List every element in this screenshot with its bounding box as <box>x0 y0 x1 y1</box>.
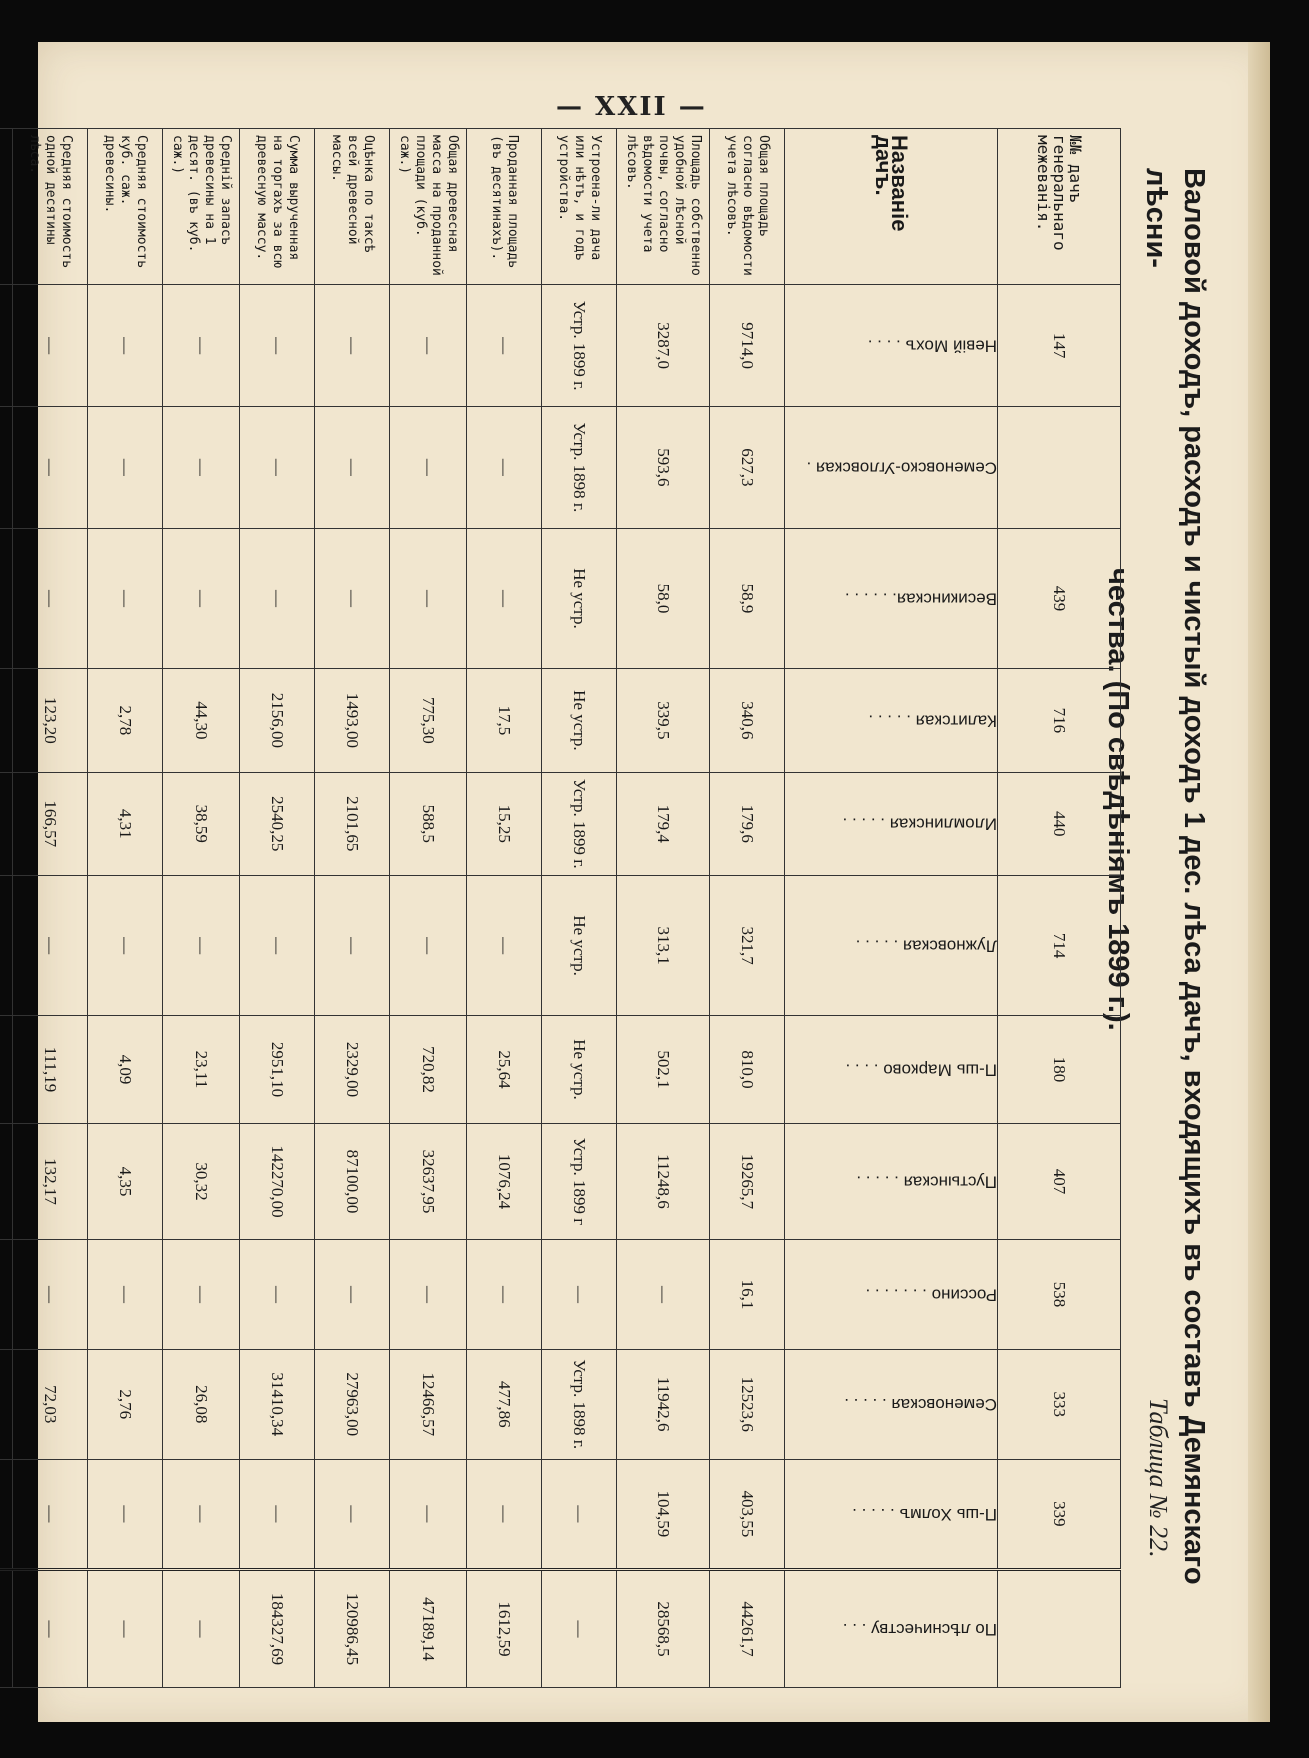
row-cell-avg-cost-cub: 2,78 <box>88 669 163 772</box>
row-cell-sold-area: — <box>467 406 542 528</box>
row-cell-avg-cost-des: — <box>13 285 88 407</box>
row-cell-sold-area: 477,86 <box>467 1349 542 1459</box>
header-tax-value: Оцѣнка по таксѣ всей древесной массы. <box>315 129 390 285</box>
row-cell-no: 716 <box>998 669 1121 772</box>
row-cell-auction-sum: 2540,25 <box>240 772 315 875</box>
rotated-table-region: Валовой доходъ, расходъ и чистый доходъ … <box>113 128 1213 1688</box>
row-cell-avg-cost-des: 72,03 <box>13 1349 88 1459</box>
row-cell-forest-area: — <box>617 1240 710 1349</box>
row-cell-total-area: 340,6 <box>710 669 785 772</box>
field-row-auction-sum: Сумма вырученная на торгахъ за всю древе… <box>240 129 315 1688</box>
total-cell-rotation: — <box>0 1569 13 1687</box>
row-cell-sold-area: 25,64 <box>467 1016 542 1123</box>
row-cell-rotation: — <box>0 1459 13 1569</box>
row-cell-no: 440 <box>998 772 1121 875</box>
total-cell-name: По лѣсничеству . . . <box>785 1569 998 1687</box>
forestry-income-table: №№ дачъ генеральнаго межеванія.147439716… <box>0 128 1121 1688</box>
row-cell-tax-value: — <box>315 1240 390 1349</box>
row-cell-arranged: Устр. 1899 г. <box>542 772 617 875</box>
field-row-name: Названіе дачъ.Невій Мохъ . . . .Семеновс… <box>785 129 998 1688</box>
row-cell-avg-stock: — <box>163 528 240 669</box>
header-avg-cost-des: Средняя стоимость одной десятины лѣса. <box>13 129 88 285</box>
row-cell-wood-mass: 720,82 <box>390 1016 467 1123</box>
row-cell-tax-value: — <box>315 875 390 1016</box>
row-cell-arranged: Не устр. <box>542 669 617 772</box>
row-cell-avg-cost-des: 132,17 <box>13 1123 88 1240</box>
row-cell-name: П-шь Марково . . . . <box>785 1016 998 1123</box>
row-cell-auction-sum: 31410,34 <box>240 1349 315 1459</box>
row-cell-sold-area: — <box>467 1459 542 1569</box>
row-cell-total-area: 321,7 <box>710 875 785 1016</box>
field-row-avg-cost-cub: Средняя стоимость куб. саж. древесины.——… <box>88 129 163 1688</box>
row-cell-rotation: — <box>0 1240 13 1349</box>
row-cell-avg-cost-des: — <box>13 1240 88 1349</box>
row-cell-forest-area: 104,59 <box>617 1459 710 1569</box>
header-avg-stock: Средній запасъ древесины на 1 десят. (въ… <box>163 129 240 285</box>
row-cell-forest-area: 11248,6 <box>617 1123 710 1240</box>
row-cell-auction-sum: — <box>240 1459 315 1569</box>
row-cell-avg-cost-cub: — <box>88 875 163 1016</box>
row-cell-auction-sum: — <box>240 875 315 1016</box>
row-cell-avg-cost-cub: 2,76 <box>88 1349 163 1459</box>
row-cell-wood-mass: 32637,95 <box>390 1123 467 1240</box>
row-cell-total-area: 627,3 <box>710 406 785 528</box>
row-cell-total-area: 16,1 <box>710 1240 785 1349</box>
row-cell-arranged: Не устр. <box>542 875 617 1016</box>
row-cell-avg-cost-cub: 4,35 <box>88 1123 163 1240</box>
row-cell-name: П-шь Холмъ . . . . . <box>785 1459 998 1569</box>
header-rotation: Оборотъ рубки. <box>0 129 13 285</box>
total-cell-avg-stock: — <box>163 1569 240 1687</box>
row-cell-tax-value: — <box>315 285 390 407</box>
document-page: — XXII — Валовой доходъ, расходъ и чисты… <box>38 42 1270 1722</box>
row-cell-wood-mass: 12466,57 <box>390 1349 467 1459</box>
row-cell-forest-area: 11942,6 <box>617 1349 710 1459</box>
row-cell-forest-area: 339,5 <box>617 669 710 772</box>
field-row-tax-value: Оцѣнка по таксѣ всей древесной массы.———… <box>315 129 390 1688</box>
row-cell-avg-cost-cub: — <box>88 1459 163 1569</box>
row-cell-rotation: 80 <box>0 1349 13 1459</box>
row-cell-avg-cost-des: — <box>13 1459 88 1569</box>
field-row-total-area: Общая площадь согласно вѣдомости учета л… <box>710 129 785 1688</box>
row-cell-no: 339 <box>998 1459 1121 1569</box>
row-cell-rotation: 120 <box>0 1123 13 1240</box>
row-cell-arranged: — <box>542 1240 617 1349</box>
row-cell-total-area: 58,9 <box>710 528 785 669</box>
total-cell-auction-sum: 184327,69 <box>240 1569 315 1687</box>
row-cell-name: Россино . . . . . . . <box>785 1240 998 1349</box>
row-cell-wood-mass: — <box>390 1459 467 1569</box>
row-cell-avg-stock: 23,11 <box>163 1016 240 1123</box>
row-cell-tax-value: 27963,00 <box>315 1349 390 1459</box>
row-cell-avg-stock: — <box>163 1459 240 1569</box>
row-cell-rotation: 120 <box>0 772 13 875</box>
total-cell-total-area: 44261,7 <box>710 1569 785 1687</box>
row-cell-sold-area: 1076,24 <box>467 1123 542 1240</box>
row-cell-sold-area: — <box>467 285 542 407</box>
row-cell-wood-mass: — <box>390 406 467 528</box>
row-cell-forest-area: 502,1 <box>617 1016 710 1123</box>
row-cell-wood-mass: — <box>390 285 467 407</box>
row-cell-forest-area: 58,0 <box>617 528 710 669</box>
row-cell-name: Калитская . . . . . <box>785 669 998 772</box>
row-cell-arranged: Устр. 1899 г. <box>542 285 617 407</box>
header-arranged: Устроена-ли дача или нѣтъ, и годъ устрой… <box>542 129 617 285</box>
row-cell-arranged: Устр. 1898 г. <box>542 1349 617 1459</box>
row-cell-arranged: Не устр. <box>542 1016 617 1123</box>
row-cell-total-area: 9714,0 <box>710 285 785 407</box>
row-cell-total-area: 19265,7 <box>710 1123 785 1240</box>
row-cell-avg-cost-des: — <box>13 406 88 528</box>
row-cell-tax-value: — <box>315 406 390 528</box>
row-cell-forest-area: 179,4 <box>617 772 710 875</box>
total-cell-forest-area: 28568,5 <box>617 1569 710 1687</box>
row-cell-sold-area: — <box>467 875 542 1016</box>
row-cell-sold-area: 17,5 <box>467 669 542 772</box>
row-cell-tax-value: 87100,00 <box>315 1123 390 1240</box>
field-row-no: №№ дачъ генеральнаго межеванія.147439716… <box>998 129 1121 1688</box>
row-cell-arranged: Устр. 1899 г <box>542 1123 617 1240</box>
row-cell-name: Иломлинская . . . . . <box>785 772 998 875</box>
field-row-avg-stock: Средній запасъ древесины на 1 десят. (въ… <box>163 129 240 1688</box>
row-cell-forest-area: 3287,0 <box>617 285 710 407</box>
row-cell-tax-value: — <box>315 528 390 669</box>
row-cell-tax-value: 2101,65 <box>315 772 390 875</box>
header-total-area: Общая площадь согласно вѣдомости учета л… <box>710 129 785 285</box>
total-cell-no <box>998 1569 1121 1687</box>
header-name: Названіе дачъ. <box>785 129 998 285</box>
row-cell-forest-area: 313,1 <box>617 875 710 1016</box>
row-cell-wood-mass: 775,30 <box>390 669 467 772</box>
row-cell-sold-area: — <box>467 528 542 669</box>
row-cell-auction-sum: — <box>240 285 315 407</box>
row-cell-wood-mass: 588,5 <box>390 772 467 875</box>
total-cell-sold-area: 1612,59 <box>467 1569 542 1687</box>
row-cell-avg-cost-cub: — <box>88 528 163 669</box>
row-cell-auction-sum: — <box>240 528 315 669</box>
field-row-forest-area: Площадь собственно удобной лѣсной почвы,… <box>617 129 710 1688</box>
row-cell-rotation: — <box>0 875 13 1016</box>
row-cell-avg-stock: — <box>163 406 240 528</box>
row-cell-arranged: Устр. 1898 г. <box>542 406 617 528</box>
row-cell-tax-value: 1493,00 <box>315 669 390 772</box>
row-cell-avg-stock: 26,08 <box>163 1349 240 1459</box>
table-number: Таблица № 22. <box>1143 1398 1173 1558</box>
row-cell-rotation: — <box>0 406 13 528</box>
row-cell-no: 147 <box>998 285 1121 407</box>
row-cell-wood-mass: — <box>390 528 467 669</box>
row-cell-avg-stock: — <box>163 875 240 1016</box>
row-cell-name: Пустынская . . . . . <box>785 1123 998 1240</box>
row-cell-auction-sum: 142270,00 <box>240 1123 315 1240</box>
row-cell-avg-cost-cub: — <box>88 406 163 528</box>
header-auction-sum: Сумма вырученная на торгахъ за всю древе… <box>240 129 315 285</box>
row-cell-wood-mass: — <box>390 875 467 1016</box>
header-forest-area: Площадь собственно удобной лѣсной почвы,… <box>617 129 710 285</box>
row-cell-name: Семеновско-Угловская . <box>785 406 998 528</box>
row-cell-name: Весикинская. . . . . . <box>785 528 998 669</box>
row-cell-no: 407 <box>998 1123 1121 1240</box>
row-cell-tax-value: 2329,00 <box>315 1016 390 1123</box>
total-cell-tax-value: 120986,45 <box>315 1569 390 1687</box>
row-cell-avg-cost-cub: 4,09 <box>88 1016 163 1123</box>
row-cell-auction-sum: — <box>240 406 315 528</box>
header-sold-area: Проданная площадь (въ десятинахъ). <box>467 129 542 285</box>
field-row-sold-area: Проданная площадь (въ десятинахъ).———17,… <box>467 129 542 1688</box>
total-cell-avg-cost-des: — <box>13 1569 88 1687</box>
row-cell-name: Семеновская . . . . . <box>785 1349 998 1459</box>
row-cell-avg-cost-cub: — <box>88 285 163 407</box>
row-cell-avg-stock: 38,59 <box>163 772 240 875</box>
total-cell-arranged: — <box>542 1569 617 1687</box>
row-cell-avg-stock: — <box>163 1240 240 1349</box>
row-cell-no: 439 <box>998 528 1121 669</box>
row-cell-sold-area: — <box>467 1240 542 1349</box>
row-cell-name: Невій Мохъ . . . . <box>785 285 998 407</box>
header-avg-cost-cub: Средняя стоимость куб. саж. древесины. <box>88 129 163 285</box>
header-wood-mass: Общая древесная масса на проданной площа… <box>390 129 467 285</box>
row-cell-wood-mass: — <box>390 1240 467 1349</box>
page-folio: — XXII — <box>556 92 707 122</box>
row-cell-avg-cost-des: 123,20 <box>13 669 88 772</box>
row-cell-name: Лужновская . . . . . <box>785 875 998 1016</box>
row-cell-rotation: — <box>0 285 13 407</box>
row-cell-avg-cost-des: — <box>13 875 88 1016</box>
row-cell-tax-value: — <box>315 1459 390 1569</box>
row-cell-total-area: 179,6 <box>710 772 785 875</box>
row-cell-avg-cost-cub: — <box>88 1240 163 1349</box>
row-cell-sold-area: 15,25 <box>467 772 542 875</box>
row-cell-forest-area: 593,6 <box>617 406 710 528</box>
row-cell-rotation: 120 <box>0 1016 13 1123</box>
row-cell-auction-sum: 2156,00 <box>240 669 315 772</box>
row-cell-no: 714 <box>998 875 1121 1016</box>
row-cell-total-area: 12523,6 <box>710 1349 785 1459</box>
row-cell-avg-stock: 30,32 <box>163 1123 240 1240</box>
row-cell-avg-stock: — <box>163 285 240 407</box>
row-cell-arranged: — <box>542 1459 617 1569</box>
row-cell-total-area: 810,0 <box>710 1016 785 1123</box>
field-row-arranged: Устроена-ли дача или нѣтъ, и годъ устрой… <box>542 129 617 1688</box>
row-cell-avg-cost-des: 166,57 <box>13 772 88 875</box>
row-cell-no: 180 <box>998 1016 1121 1123</box>
row-cell-rotation: 120 <box>0 669 13 772</box>
total-cell-avg-cost-cub: — <box>88 1569 163 1687</box>
row-cell-arranged: Не устр. <box>542 528 617 669</box>
row-cell-no <box>998 406 1121 528</box>
row-cell-rotation: — <box>0 528 13 669</box>
row-cell-avg-cost-des: — <box>13 528 88 669</box>
header-no: №№ дачъ генеральнаго межеванія. <box>998 129 1121 285</box>
row-cell-total-area: 403,55 <box>710 1459 785 1569</box>
row-cell-avg-cost-cub: 4,31 <box>88 772 163 875</box>
total-cell-wood-mass: 47189,14 <box>390 1569 467 1687</box>
row-cell-avg-cost-des: 111,19 <box>13 1016 88 1123</box>
row-cell-avg-stock: 44,30 <box>163 669 240 772</box>
row-cell-no: 333 <box>998 1349 1121 1459</box>
field-row-rotation: Оборотъ рубки.———120120—120120—80—— <box>0 129 13 1688</box>
row-cell-auction-sum: — <box>240 1240 315 1349</box>
row-cell-auction-sum: 2951,10 <box>240 1016 315 1123</box>
field-row-avg-cost-des: Средняя стоимость одной десятины лѣса.——… <box>13 129 88 1688</box>
row-cell-no: 538 <box>998 1240 1121 1349</box>
field-row-wood-mass: Общая древесная масса на проданной площа… <box>390 129 467 1688</box>
